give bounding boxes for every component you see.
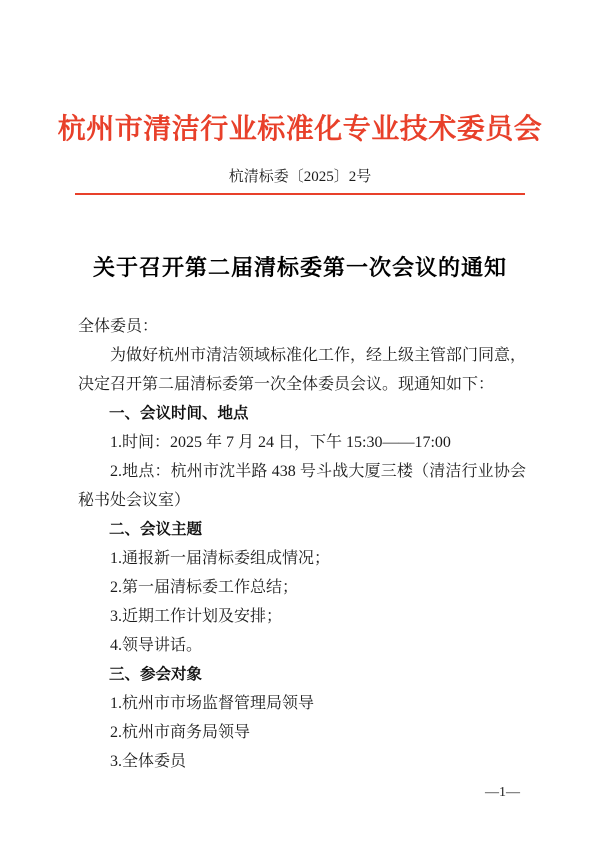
section-heading: 三、参会对象	[78, 660, 526, 689]
section-item: 3.近期工作计划及安排；	[78, 602, 526, 631]
notice-body: 全体委员： 为做好杭州市清洁领域标准化工作，经上级主管部门同意，决定召开第二届清…	[78, 312, 526, 776]
letterhead-divider	[75, 193, 525, 195]
document-page: 杭州市清洁行业标准化专业技术委员会 杭清标委〔2025〕2号 关于召开第二届清标…	[0, 0, 600, 849]
section-item: 1.杭州市市场监督管理局领导	[78, 689, 526, 718]
letterhead-org-title: 杭州市清洁行业标准化专业技术委员会	[0, 110, 600, 150]
section-item: 2.第一届清标委工作总结；	[78, 573, 526, 602]
intro-paragraph: 为做好杭州市清洁领域标准化工作，经上级主管部门同意，决定召开第二届清标委第一次全…	[78, 341, 526, 399]
section-item: 2.杭州市商务局领导	[78, 718, 526, 747]
section-item: 3.全体委员	[78, 747, 526, 776]
page-number: —1—	[485, 785, 520, 801]
sections-container: 一、会议时间、地点1.时间：2025 年 7 月 24 日，下午 15:30——…	[78, 399, 526, 776]
document-number: 杭清标委〔2025〕2号	[0, 168, 600, 186]
section-heading: 一、会议时间、地点	[78, 399, 526, 428]
section-item: 2.地点：杭州市沈半路 438 号斗战大厦三楼（清洁行业协会秘书处会议室）	[78, 457, 526, 515]
salutation: 全体委员：	[78, 312, 526, 341]
section-item: 4.领导讲话。	[78, 631, 526, 660]
notice-title: 关于召开第二届清标委第一次会议的通知	[0, 252, 600, 284]
section-item: 1.通报新一届清标委组成情况；	[78, 544, 526, 573]
section-heading: 二、会议主题	[78, 515, 526, 544]
section-item: 1.时间：2025 年 7 月 24 日，下午 15:30——17:00	[78, 428, 526, 457]
